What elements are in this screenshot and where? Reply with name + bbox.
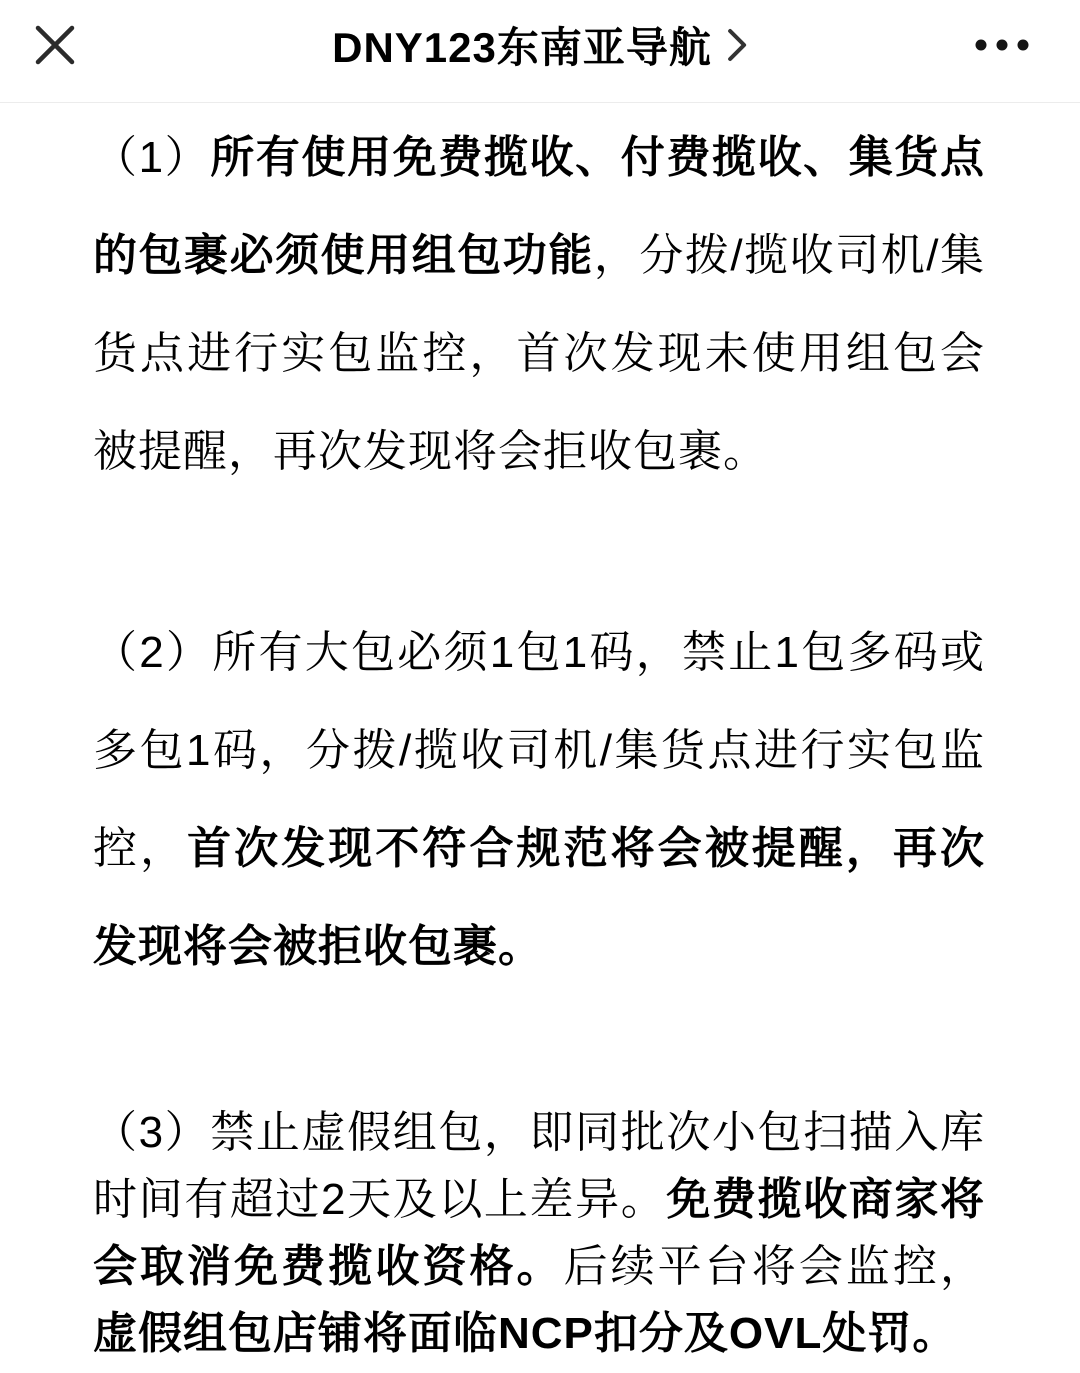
close-button[interactable] xyxy=(32,22,78,68)
article-body: （1）所有使用免费揽收、付费揽收、集货点的包裹必须使用组包功能，分拨/揽收司机/… xyxy=(0,103,1080,1367)
page-title: DNY123东南亚导航 xyxy=(332,15,712,75)
paragraph-2: （2）所有大包必须1包1码，禁止1包多码或多包1码，分拨/揽收司机/集货点进行实… xyxy=(93,604,985,996)
close-icon xyxy=(34,24,76,66)
app-screen: DNY123东南亚导航 （1）所有使用免费揽收、付费揽收、集货点的包裹必须使用组… xyxy=(0,0,1080,1373)
text-segment-bold: 虚假组包店铺将面临NCP扣分及OVL处罚。 xyxy=(93,1309,957,1358)
paragraph-3: （3）禁止虚假组包，即同批次小包扫描入库时间有超过2天及以上差异。免费揽收商家将… xyxy=(93,1099,985,1367)
text-segment: （1） xyxy=(93,133,210,182)
text-segment-bold: 首次发现不符合规范将会被提醒，再次发现将会被拒收包裹。 xyxy=(93,824,985,971)
article-source-title[interactable]: DNY123东南亚导航 xyxy=(332,0,748,90)
text-segment: 后续平台将会监控， xyxy=(564,1242,985,1291)
more-menu-button[interactable] xyxy=(970,20,1034,70)
more-ellipsis-icon xyxy=(974,38,1030,52)
chevron-right-icon xyxy=(726,25,748,65)
paragraph-1: （1）所有使用免费揽收、付费揽收、集货点的包裹必须使用组包功能，分拨/揽收司机/… xyxy=(93,109,985,501)
title-bar: DNY123东南亚导航 xyxy=(0,0,1080,103)
